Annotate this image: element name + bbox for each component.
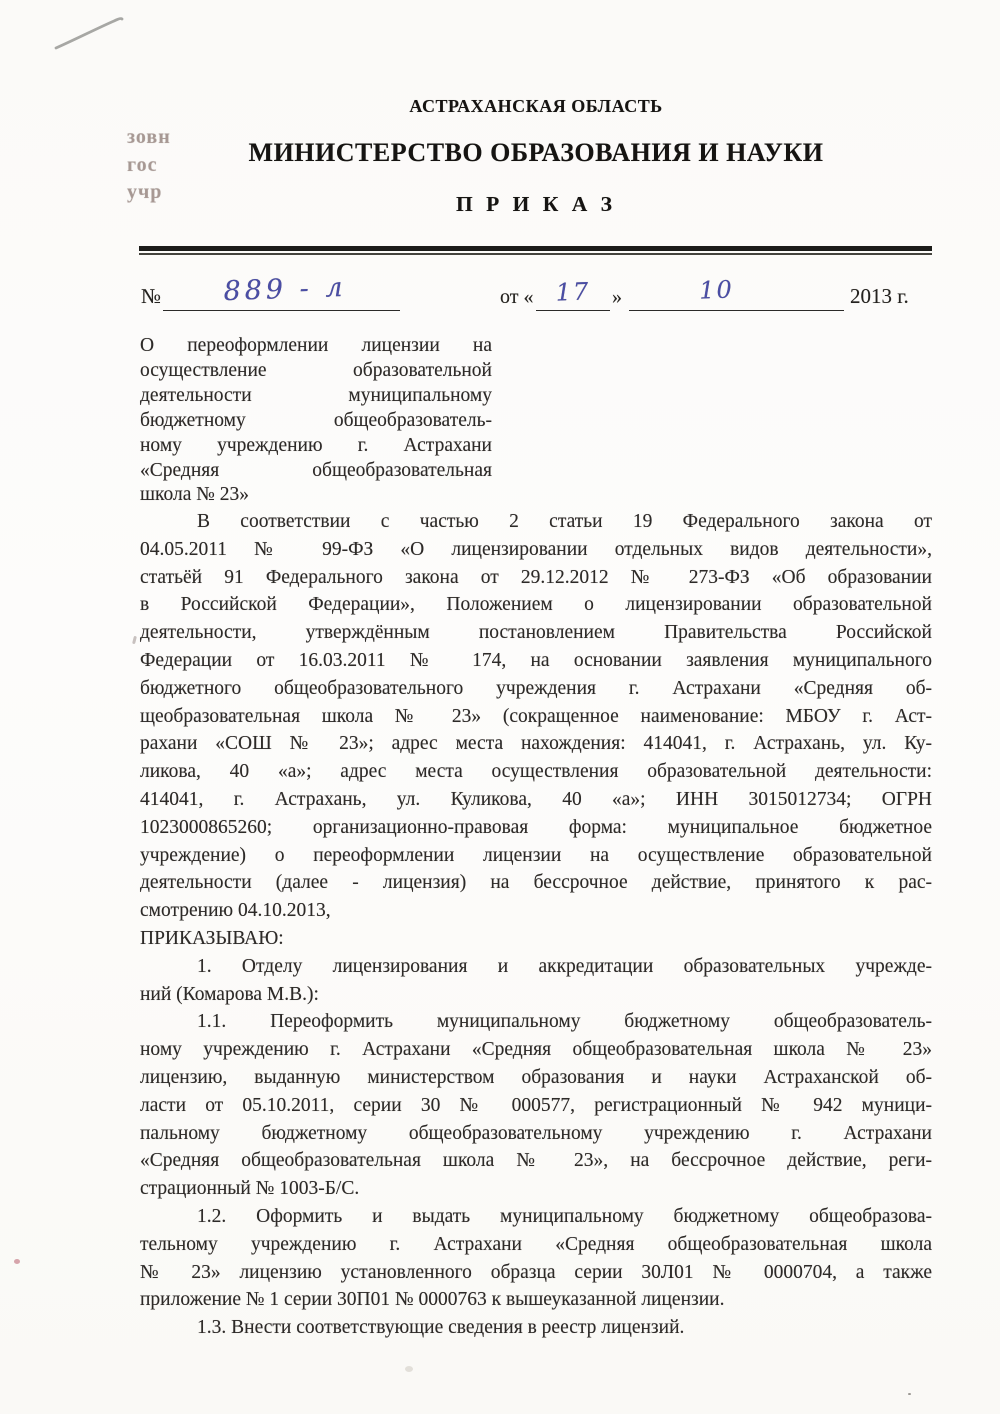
body-line: смотрению 04.10.2013, xyxy=(140,897,932,925)
order-body: В соответствии с частью 2 статьи 19 Феде… xyxy=(140,508,932,1342)
subject-line: школа № 23» xyxy=(140,483,492,508)
subject-line: осуществление образовательной xyxy=(140,359,492,384)
body-line: в Российской Федерации», Положением о ли… xyxy=(140,591,932,619)
margin-speck xyxy=(132,636,137,644)
body-line: 1.1. Переоформить муниципальному бюджетн… xyxy=(140,1008,932,1036)
pen-stroke-mark xyxy=(50,12,130,54)
body-line: ПРИКАЗЫВАЮ: xyxy=(140,925,932,953)
body-line: 1. Отделу лицензирования и аккредитации … xyxy=(140,953,932,981)
body-line: ласти от 05.10.2011, серии 30 № 000577, … xyxy=(140,1092,932,1120)
rule-thick-line xyxy=(139,246,932,251)
tiny-dot-speck xyxy=(908,1393,911,1395)
doc-type-title: П Р И К А З xyxy=(140,192,932,217)
subject-line: бюджетному общеобразователь- xyxy=(140,409,492,434)
body-line: № 23» лицензию установленного образца се… xyxy=(140,1259,932,1287)
body-line: приложение № 1 серии 30П01 № 0000763 к в… xyxy=(140,1286,932,1314)
body-line: пальному бюджетному общеобразовательному… xyxy=(140,1120,932,1148)
date-month-underline xyxy=(629,310,844,311)
subject-line: «Средняя общеобразовательная xyxy=(140,459,492,484)
order-number-underline xyxy=(163,310,400,311)
body-line: Федерации от 16.03.2011 № 174, на основа… xyxy=(140,647,932,675)
subject-line: ному учреждению г. Астрахани xyxy=(140,434,492,459)
body-line: щеобразовательная школа № 23» (сокращенн… xyxy=(140,703,932,731)
red-speck xyxy=(14,1259,20,1264)
scanned-order-document: зовн гос учр АСТРАХАНСКАЯ ОБЛАСТЬ МИНИСТ… xyxy=(0,0,1000,1414)
gray-speck xyxy=(405,1366,413,1372)
order-number-label: № xyxy=(141,284,161,309)
body-line: деятельности, утверждённым постановление… xyxy=(140,619,932,647)
body-line: тельному учреждению г. Астрахани «Средня… xyxy=(140,1231,932,1259)
order-subject: О переоформлении лицензии на осуществлен… xyxy=(140,334,492,508)
body-line: рахани «СОШ № 23»; адрес места нахождени… xyxy=(140,730,932,758)
header-divider-rule xyxy=(139,246,932,256)
body-line: В соответствии с частью 2 статьи 19 Феде… xyxy=(140,508,932,536)
body-line: 1.3. Внести соответствующие сведения в р… xyxy=(140,1314,932,1342)
body-line: ликова, 40 «а»; адрес места осуществлени… xyxy=(140,758,932,786)
date-month-handwritten: 10 xyxy=(629,273,805,307)
subject-line: О переоформлении лицензии на xyxy=(140,334,492,359)
body-line: 414041, г. Астрахань, ул. Куликова, 40 «… xyxy=(140,786,932,814)
body-line: 04.05.2011 № 99-ФЗ «О лицензировании отд… xyxy=(140,536,932,564)
body-line: ному учреждению г. Астрахани «Средняя об… xyxy=(140,1036,932,1064)
region-title: АСТРАХАНСКАЯ ОБЛАСТЬ xyxy=(140,96,932,117)
rule-thin-line xyxy=(139,253,932,255)
date-day-underline xyxy=(536,310,610,311)
body-line: 1023000865260; организационно-правовая ф… xyxy=(140,814,932,842)
body-line: лицензию, выданную министерством образов… xyxy=(140,1064,932,1092)
order-number-handwritten: 889 - л xyxy=(170,270,401,309)
body-line: ний (Комарова М.В.): xyxy=(140,981,932,1009)
ministry-title: МИНИСТЕРСТВО ОБРАЗОВАНИЯ И НАУКИ xyxy=(140,138,932,168)
subject-line: деятельности муниципальному xyxy=(140,384,492,409)
body-line: учреждение) о переоформлении лицензии на… xyxy=(140,842,932,870)
date-close-quote: » xyxy=(612,286,622,309)
body-line: страционный № 1003-Б/С. xyxy=(140,1175,932,1203)
body-line: деятельности (далее - лицензия) на бесср… xyxy=(140,869,932,897)
date-prefix: от « xyxy=(500,286,533,309)
body-line: «Средняя общеобразовательная школа № 23»… xyxy=(140,1147,932,1175)
body-line: статьёй 91 Федерального закона от 29.12.… xyxy=(140,564,932,592)
date-day-handwritten: 17 xyxy=(536,277,611,308)
date-year-label: 2013 г. xyxy=(850,284,909,309)
body-line: бюджетного общеобразовательного учрежден… xyxy=(140,675,932,703)
body-line: 1.2. Оформить и выдать муниципальному бю… xyxy=(140,1203,932,1231)
